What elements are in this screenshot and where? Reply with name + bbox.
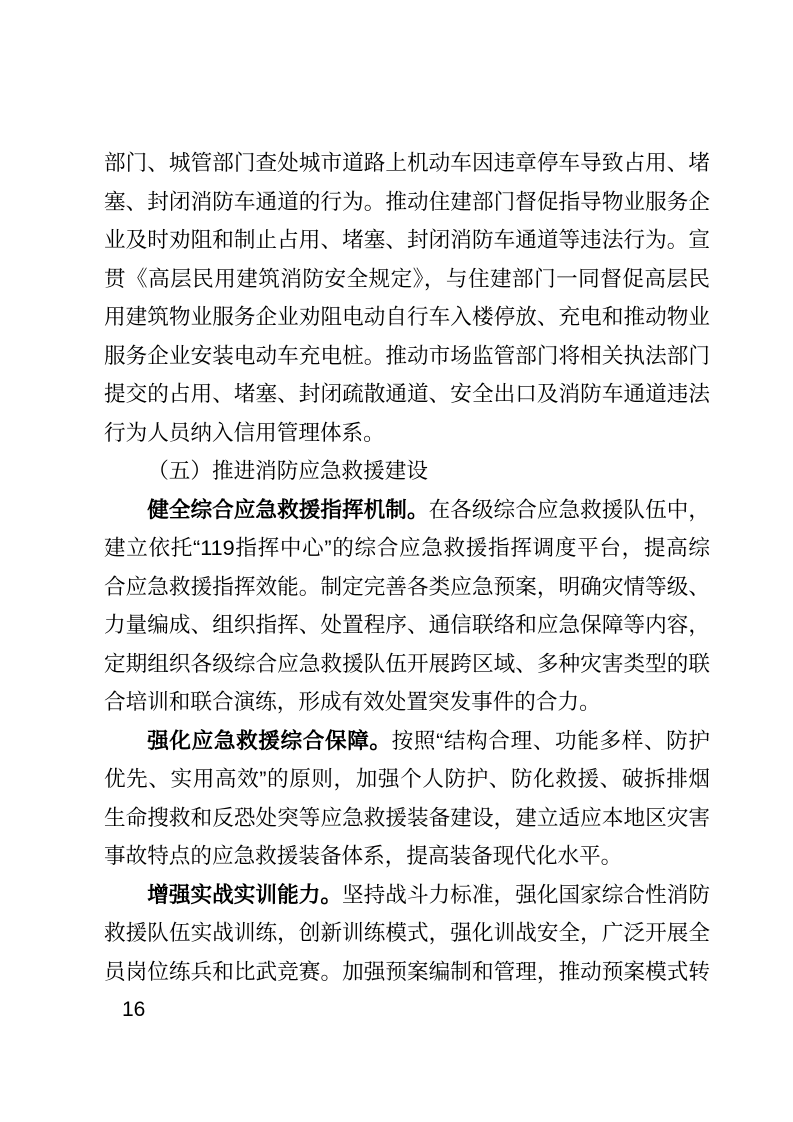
text-line: 救援队伍实战训练，创新训练模式，强化训战安全，广泛开展全 xyxy=(104,914,710,953)
body-text: 提交的占用、堵塞、封闭疏散通道、安全出口及消防车通道违法 xyxy=(104,381,710,406)
body-text: 按照“结构合理、功能多样、防护 xyxy=(392,728,710,753)
text-line: 力量编成、组织指挥、处置程序、通信联络和应急保障等内容， xyxy=(104,606,710,645)
text-line: 建立依托“119指挥中心”的综合应急救援指挥调度平台，提高综 xyxy=(104,529,710,568)
body-text: 贯《高层民用建筑消防安全规定》，与住建部门一同督促高层民 xyxy=(104,266,710,291)
text-line: 员岗位练兵和比武竞赛。加强预案编制和管理，推动预案模式转 xyxy=(104,953,710,992)
body-text: 部门、城管部门查处城市道路上机动车因违章停车导致占用、堵 xyxy=(104,150,710,175)
text-line: 事故特点的应急救援装备体系，提高装备现代化水平。 xyxy=(104,837,710,876)
body-text: 塞、封闭消防车通道的行为。推动住建部门督促指导物业服务企 xyxy=(104,189,710,214)
body-text: 事故特点的应急救援装备体系，提高装备现代化水平。 xyxy=(104,843,622,868)
text-line: 部门、城管部门查处城市道路上机动车因违章停车导致占用、堵 xyxy=(104,144,710,183)
body-text: 优先、实用高效”的原则，加强个人防护、防化救援、破拆排烟 xyxy=(104,766,710,791)
text-line: 优先、实用高效”的原则，加强个人防护、防化救援、破拆排烟 xyxy=(104,760,710,799)
bold-lead-text: 增强实战实训能力。 xyxy=(147,882,342,907)
text-line: 合培训和联合演练，形成有效处置突发事件的合力。 xyxy=(104,683,710,722)
body-text: 建立依托“119指挥中心”的综合应急救援指挥调度平台，提高综 xyxy=(104,535,710,560)
body-text: 业及时劝阻和制止占用、堵塞、封闭消防车通道等违法行为。宣 xyxy=(104,227,710,252)
text-line: 生命搜救和反恐处突等应急救援装备建设，建立适应本地区灾害 xyxy=(104,799,710,838)
body-text: 员岗位练兵和比武竞赛。加强预案编制和管理，推动预案模式转 xyxy=(104,959,710,984)
text-line: 贯《高层民用建筑消防安全规定》，与住建部门一同督促高层民 xyxy=(104,260,710,299)
body-text: 救援队伍实战训练，创新训练模式，强化训战安全，广泛开展全 xyxy=(104,920,710,945)
text-line: 业及时劝阻和制止占用、堵塞、封闭消防车通道等违法行为。宣 xyxy=(104,221,710,260)
body-text: 在各级综合应急救援队伍中， xyxy=(429,497,710,522)
bold-lead-text: 健全综合应急救援指挥机制。 xyxy=(147,497,428,522)
text-line: 用建筑物业服务企业劝阻电动自行车入楼停放、充电和推动物业 xyxy=(104,298,710,337)
body-text: 行为人员纳入信用管理体系。 xyxy=(104,420,385,445)
body-text: 力量编成、组织指挥、处置程序、通信联络和应急保障等内容， xyxy=(104,612,710,637)
body-text: 生命搜救和反恐处突等应急救援装备建设，建立适应本地区灾害 xyxy=(104,805,710,830)
text-line: （五）推进消防应急救援建设 xyxy=(104,452,710,491)
document-page: 部门、城管部门查处城市道路上机动车因违章停车导致占用、堵塞、封闭消防车通道的行为… xyxy=(0,0,793,1122)
body-text: 坚持战斗力标准，强化国家综合性消防 xyxy=(342,882,710,907)
bold-lead-text: 强化应急救援综合保障。 xyxy=(147,728,391,753)
body-text: 合应急救援指挥效能。制定完善各类应急预案，明确灾情等级、 xyxy=(104,574,710,599)
text-line: 定期组织各级综合应急救援队伍开展跨区域、多种灾害类型的联 xyxy=(104,645,710,684)
body-text: 服务企业安装电动车充电桩。推动市场监管部门将相关执法部门 xyxy=(104,343,710,368)
body-text: （五）推进消防应急救援建设 xyxy=(147,458,428,483)
text-line: 合应急救援指挥效能。制定完善各类应急预案，明确灾情等级、 xyxy=(104,568,710,607)
text-line: 提交的占用、堵塞、封闭疏散通道、安全出口及消防车通道违法 xyxy=(104,375,710,414)
body-text: 合培训和联合演练，形成有效处置突发事件的合力。 xyxy=(104,689,601,714)
text-line: 健全综合应急救援指挥机制。在各级综合应急救援队伍中， xyxy=(104,491,710,530)
text-line: 塞、封闭消防车通道的行为。推动住建部门督促指导物业服务企 xyxy=(104,183,710,222)
body-text: 定期组织各级综合应急救援队伍开展跨区域、多种灾害类型的联 xyxy=(104,651,710,676)
text-line: 行为人员纳入信用管理体系。 xyxy=(104,414,710,453)
text-line: 服务企业安装电动车充电桩。推动市场监管部门将相关执法部门 xyxy=(104,337,710,376)
document-body: 部门、城管部门查处城市道路上机动车因违章停车导致占用、堵塞、封闭消防车通道的行为… xyxy=(104,144,710,991)
text-line: 增强实战实训能力。坚持战斗力标准，强化国家综合性消防 xyxy=(104,876,710,915)
body-text: 用建筑物业服务企业劝阻电动自行车入楼停放、充电和推动物业 xyxy=(104,304,710,329)
page-number: 16 xyxy=(122,996,145,1024)
text-line: 强化应急救援综合保障。按照“结构合理、功能多样、防护 xyxy=(104,722,710,761)
